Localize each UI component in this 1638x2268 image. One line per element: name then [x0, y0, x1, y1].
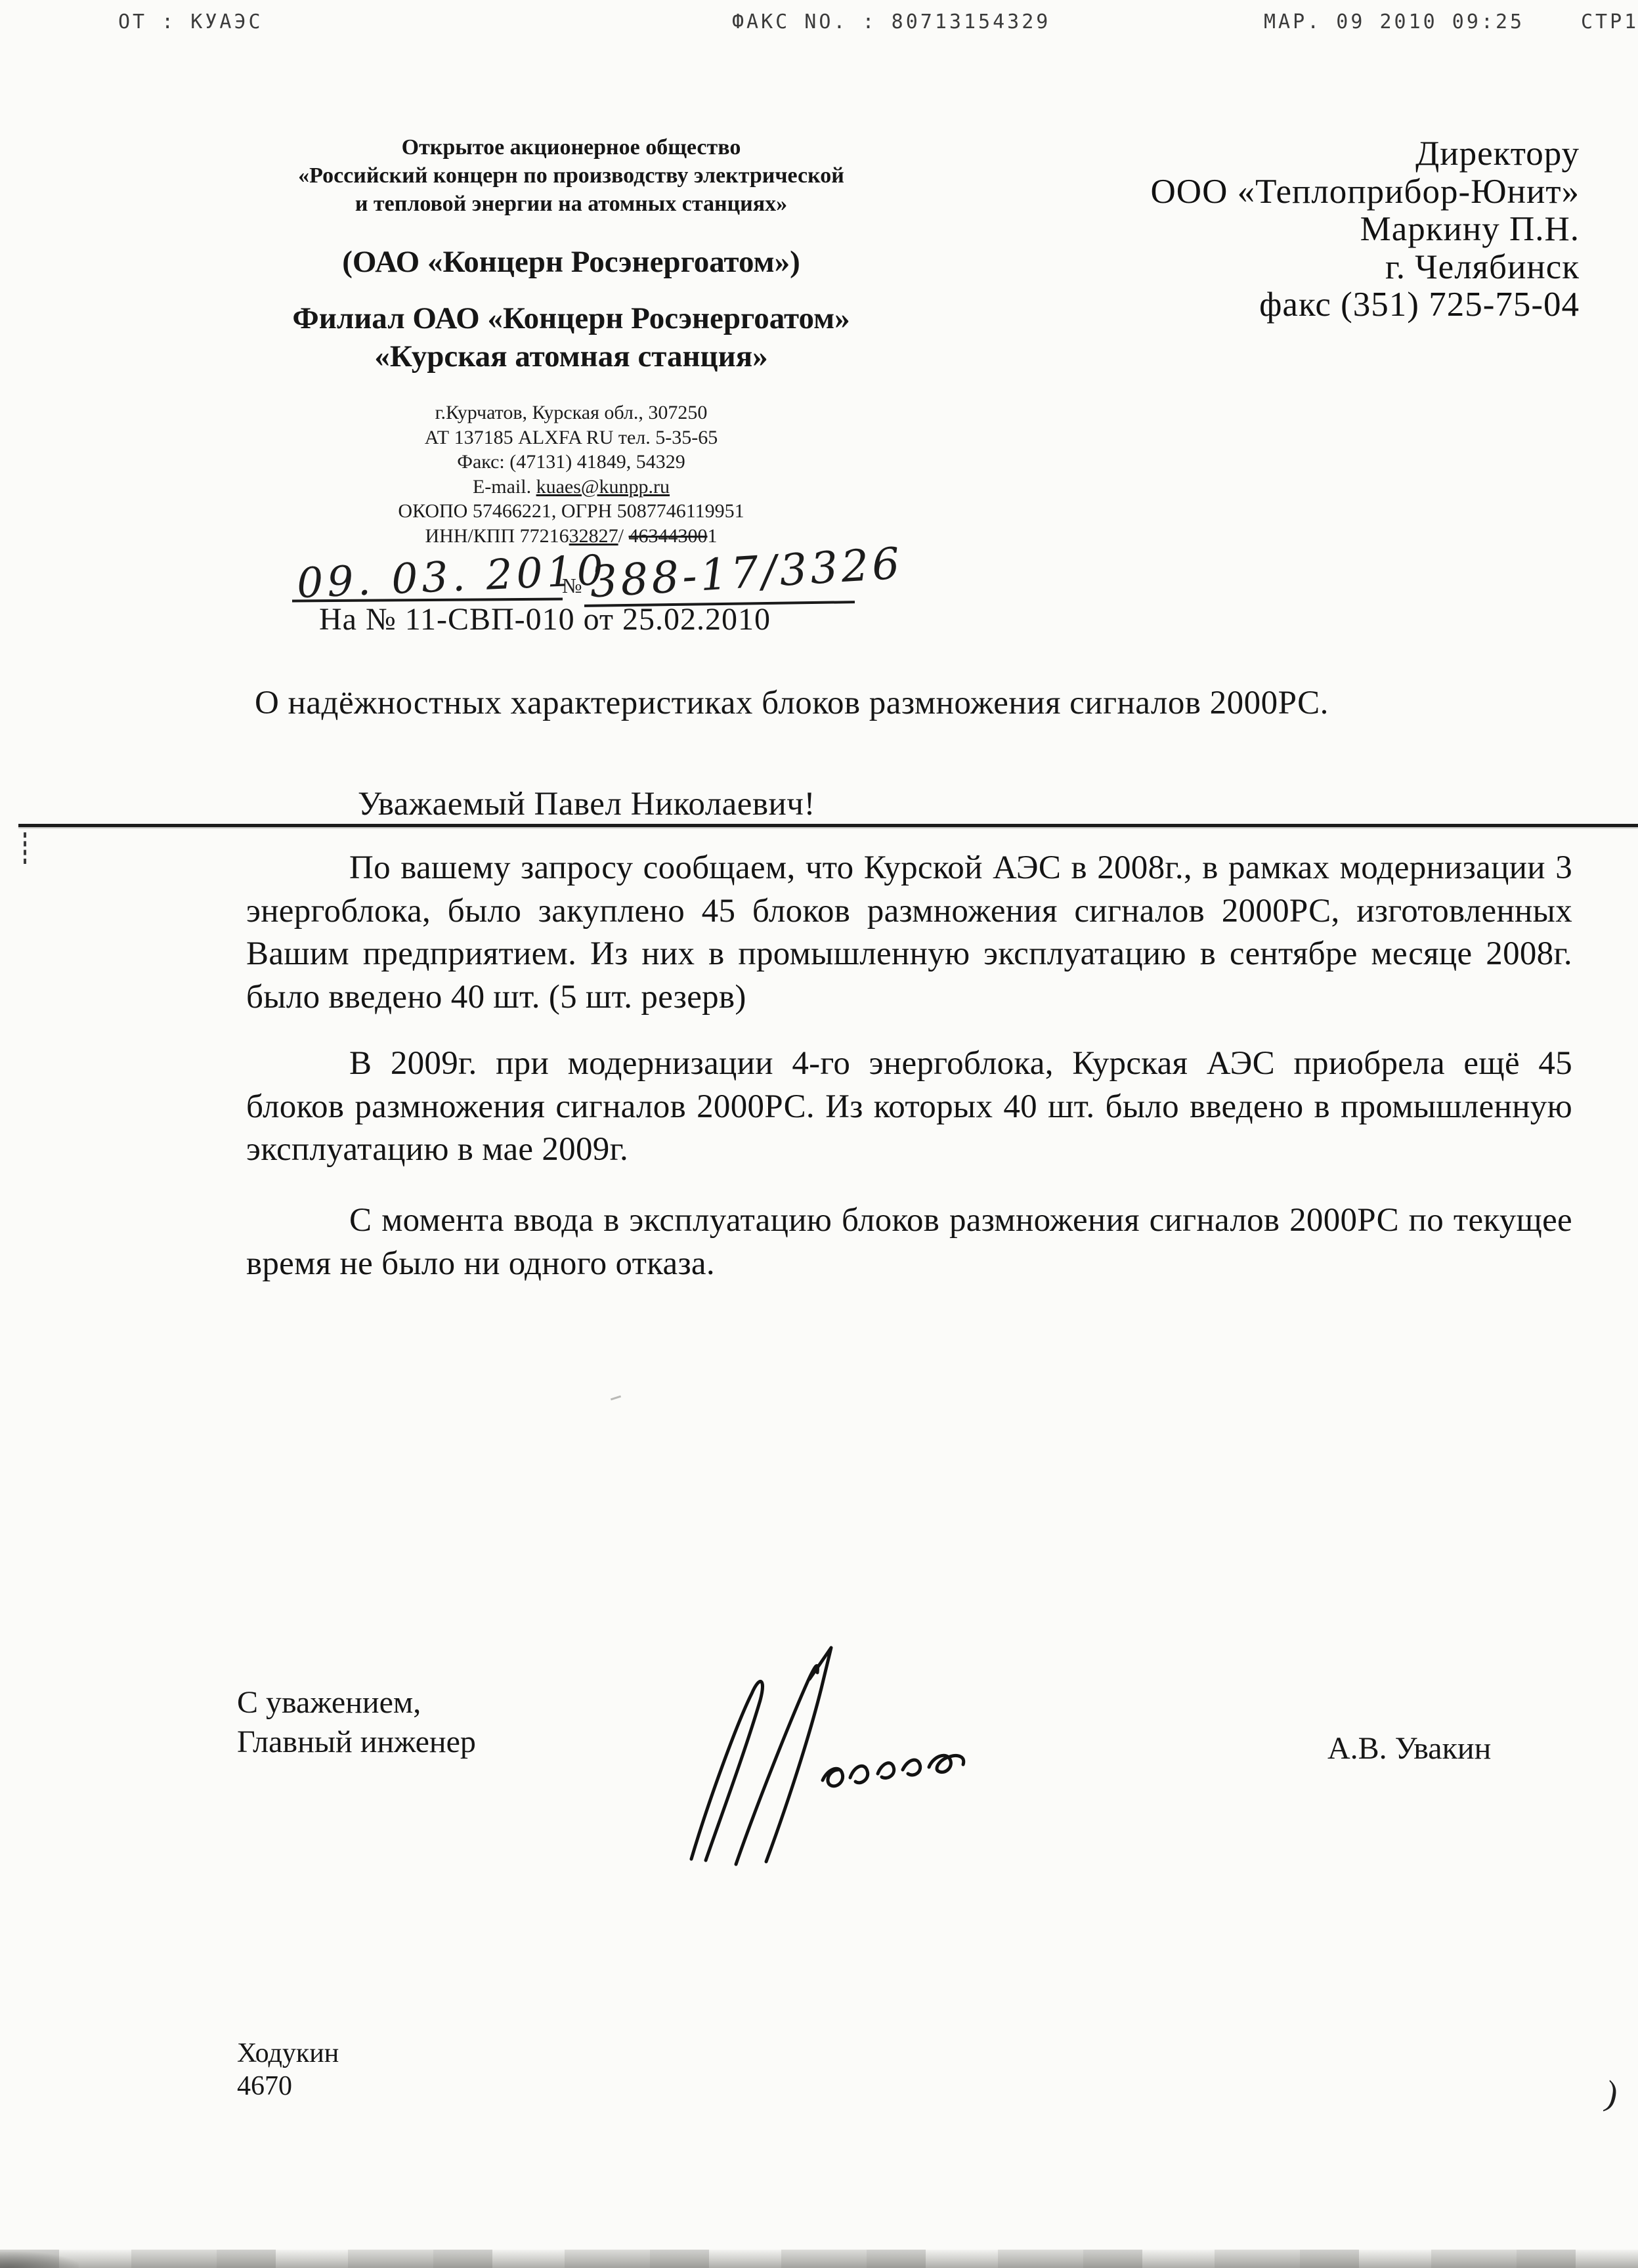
recipient-block: Директору ООО «Теплоприбор-Юнит» Маркину… [1050, 135, 1580, 324]
recipient-person: Маркину П.Н. [1050, 211, 1580, 249]
inn-underlined-part: 32827 [569, 525, 618, 547]
subject-line: О надёжностных характеристиках блоков ра… [255, 684, 1541, 722]
recipient-company: ООО «Теплоприбор-Юнит» [1050, 173, 1580, 211]
executor-phone-code: 4670 [237, 2070, 292, 2102]
letterhead-org-short-name: (ОАО «Концерн Росэнергоатом») [243, 244, 899, 280]
letterhead-org-name: Открытое акционерное общество «Российски… [243, 133, 899, 218]
handwritten-outgoing-number: 388-17/3326 [588, 538, 904, 607]
recipient-title: Директору [1050, 135, 1580, 173]
inn-part: ИНН/КПП 77216 [425, 525, 569, 547]
scan-edge-band [0, 2250, 1638, 2268]
scan-artifact-line [18, 824, 1638, 827]
address-line: г.Курчатов, Курская обл., 307250 [243, 400, 899, 425]
email-label: E-mail. [473, 476, 536, 498]
telex-phone-line: АТ 137185 ALXFA RU тел. 5-35-65 [243, 425, 899, 450]
branch-line-2: «Курская атомная станция» [243, 337, 899, 375]
scan-artifact-speck [611, 1396, 621, 1401]
branch-line-1: Филиал ОАО «Концерн Росэнергоатом» [243, 299, 899, 337]
closing-regards: С уважением, [237, 1684, 421, 1721]
body-paragraph-1: По вашему запросу сообщаем, что Курской … [246, 847, 1572, 1019]
scanned-fax-letter: ОТ : КУАЭС ФАКС NO. : 80713154329 МАР. 0… [0, 0, 1638, 2268]
body-paragraph-2: В 2009г. при модернизации 4-го энергобло… [246, 1042, 1572, 1172]
letterhead-line-2: «Российский концерн по производству элек… [243, 161, 899, 190]
letterhead-line-1: Открытое акционерное общество [243, 133, 899, 161]
scan-artifact-tick [24, 832, 26, 864]
recipient-fax: факс (351) 725-75-04 [1050, 286, 1580, 324]
signature-scribble [653, 1641, 1001, 1868]
kpp-struck-part: 46344300 [629, 525, 708, 547]
fax-header-from: ОТ : КУАЭС [118, 11, 263, 33]
email-address: kuaes@kunpp.ru [536, 476, 670, 498]
fax-header-datetime: МАР. 09 2010 09:25 [1264, 11, 1524, 33]
signer-name: А.В. Увакин [1327, 1730, 1491, 1766]
fax-header-number: ФАКС NO. : 80713154329 [732, 11, 1050, 33]
letterhead-branch-name: Филиал ОАО «Концерн Росэнергоатом» «Курс… [243, 299, 899, 375]
scan-artifact-paren: ) [1602, 2072, 1622, 2114]
fax-header-page: СТР1 [1581, 11, 1638, 33]
letterhead-contact-block: г.Курчатов, Курская обл., 307250 АТ 1371… [243, 400, 899, 548]
letterhead-line-3: и тепловой энергии на атомных станциях» [243, 190, 899, 218]
recipient-city: г. Челябинск [1050, 249, 1580, 287]
okpo-ogrn-line: ОКОПО 57466221, ОГРН 5087746119951 [243, 499, 899, 524]
body-paragraph-3: С момента ввода в эксплуатацию блоков ра… [246, 1199, 1572, 1285]
kpp-last-digit: 1 [708, 525, 718, 547]
salutation: Уважаемый Павел Николаевич! [358, 785, 815, 823]
number-sign: № [562, 574, 582, 598]
signer-position: Главный инженер [237, 1724, 476, 1760]
scan-corner-smudge [0, 2252, 79, 2268]
reply-to-reference-line: На № 11-СВП-010 от 25.02.2010 [319, 601, 771, 637]
inn-separator: / [618, 525, 629, 547]
executor-name: Ходукин [237, 2038, 339, 2069]
fax-line: Факс: (47131) 41849, 54329 [243, 450, 899, 475]
email-line: E-mail. kuaes@kunpp.ru [243, 475, 899, 500]
